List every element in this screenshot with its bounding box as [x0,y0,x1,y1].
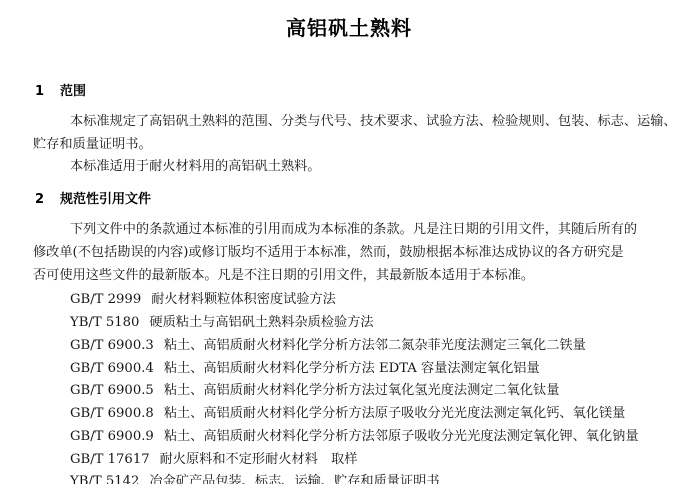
reference-code: GB/T 17617 [70,452,150,467]
reference-code: YB/T 5142 [70,474,139,484]
reference-code: GB/T 6900.9 [70,429,154,444]
reference-code: GB/T 6900.4 [70,361,154,376]
reference-title: 粘土、高铝质耐火材料化学分析方法过氧化氢光度法测定二氧化钛量 [164,383,560,398]
reference-item: YB/T 5180硬质粘土与高铝矾土熟料杂质检验方法 [70,311,374,330]
reference-item: GB/T 6900.4粘土、高铝质耐火材料化学分析方法 EDTA 容量法测定氧化… [70,357,540,376]
paragraph-line: 下列文件中的条款通过本标准的引用而成为本标准的条款。凡是注日期的引用文件，其随后… [70,218,637,237]
section-title: 规范性引用文件 [60,192,151,207]
paragraph-line: 贮存和质量证明书。 [33,133,152,152]
reference-code: YB/T 5180 [70,315,139,330]
reference-title: 粘土、高铝质耐火材料化学分析方法邻二氮杂菲光度法测定三氧化二铁量 [164,338,586,353]
reference-item: GB/T 2999耐火材料颗粒体积密度试验方法 [70,288,336,307]
reference-item: GB/T 17617耐火原料和不定形耐火材料 取样 [70,448,357,467]
reference-title: 耐火材料颗粒体积密度试验方法 [151,292,336,307]
reference-title: 冶金矿产品包装、标志、运输、贮存和质量证明书 [149,474,439,484]
paragraph-line: 本标准规定了高铝矾土熟料的范围、分类与代号、技术要求、试验方法、检验规则、包装、… [70,110,677,129]
paragraph-line: 本标准适用于耐火材料用的高铝矾土熟料。 [70,155,321,174]
section-heading-scope: 1范围 [35,80,86,99]
reference-title: 粘土、高铝质耐火材料化学分析方法 EDTA 容量法测定氧化铝量 [164,361,540,376]
paragraph-line: 否可使用这些文件的最新版本。凡是不注日期的引用文件，其最新版本适用于本标准。 [33,264,534,283]
reference-title: 粘土、高铝质耐火材料化学分析方法邻原子吸收分光光度法测定氧化钾、氧化钠量 [164,429,639,444]
reference-title: 耐火原料和不定形耐火材料 取样 [160,452,358,467]
reference-code: GB/T 2999 [70,292,141,307]
document-title: 高铝矾土熟料 [0,12,698,41]
reference-item: GB/T 6900.8粘土、高铝质耐火材料化学分析方法原子吸收分光光度法测定氧化… [70,402,625,421]
reference-item: GB/T 6900.5粘土、高铝质耐火材料化学分析方法过氧化氢光度法测定二氧化钛… [70,379,559,398]
reference-title: 粘土、高铝质耐火材料化学分析方法原子吸收分光光度法测定氧化钙、氧化镁量 [164,406,626,421]
section-number: 2 [35,192,60,207]
section-number: 1 [35,84,60,99]
reference-item: GB/T 6900.9粘土、高铝质耐火材料化学分析方法邻原子吸收分光光度法测定氧… [70,425,639,444]
section-title: 范围 [60,84,86,99]
reference-code: GB/T 6900.3 [70,338,154,353]
paragraph-line: 修改单(不包括勘误的内容)或修订版均不适用于本标准，然而，鼓励根据本标准达成协议… [33,241,624,260]
reference-item: YB/T 5142冶金矿产品包装、标志、运输、贮存和质量证明书 [70,470,440,484]
reference-item: GB/T 6900.3粘土、高铝质耐火材料化学分析方法邻二氮杂菲光度法测定三氧化… [70,334,586,353]
reference-code: GB/T 6900.5 [70,383,154,398]
reference-title: 硬质粘土与高铝矾土熟料杂质检验方法 [149,315,373,330]
section-heading-normative-references: 2规范性引用文件 [35,188,151,207]
document-page: 高铝矾土熟料 1范围 本标准规定了高铝矾土熟料的范围、分类与代号、技术要求、试验… [0,0,698,484]
reference-code: GB/T 6900.8 [70,406,154,421]
